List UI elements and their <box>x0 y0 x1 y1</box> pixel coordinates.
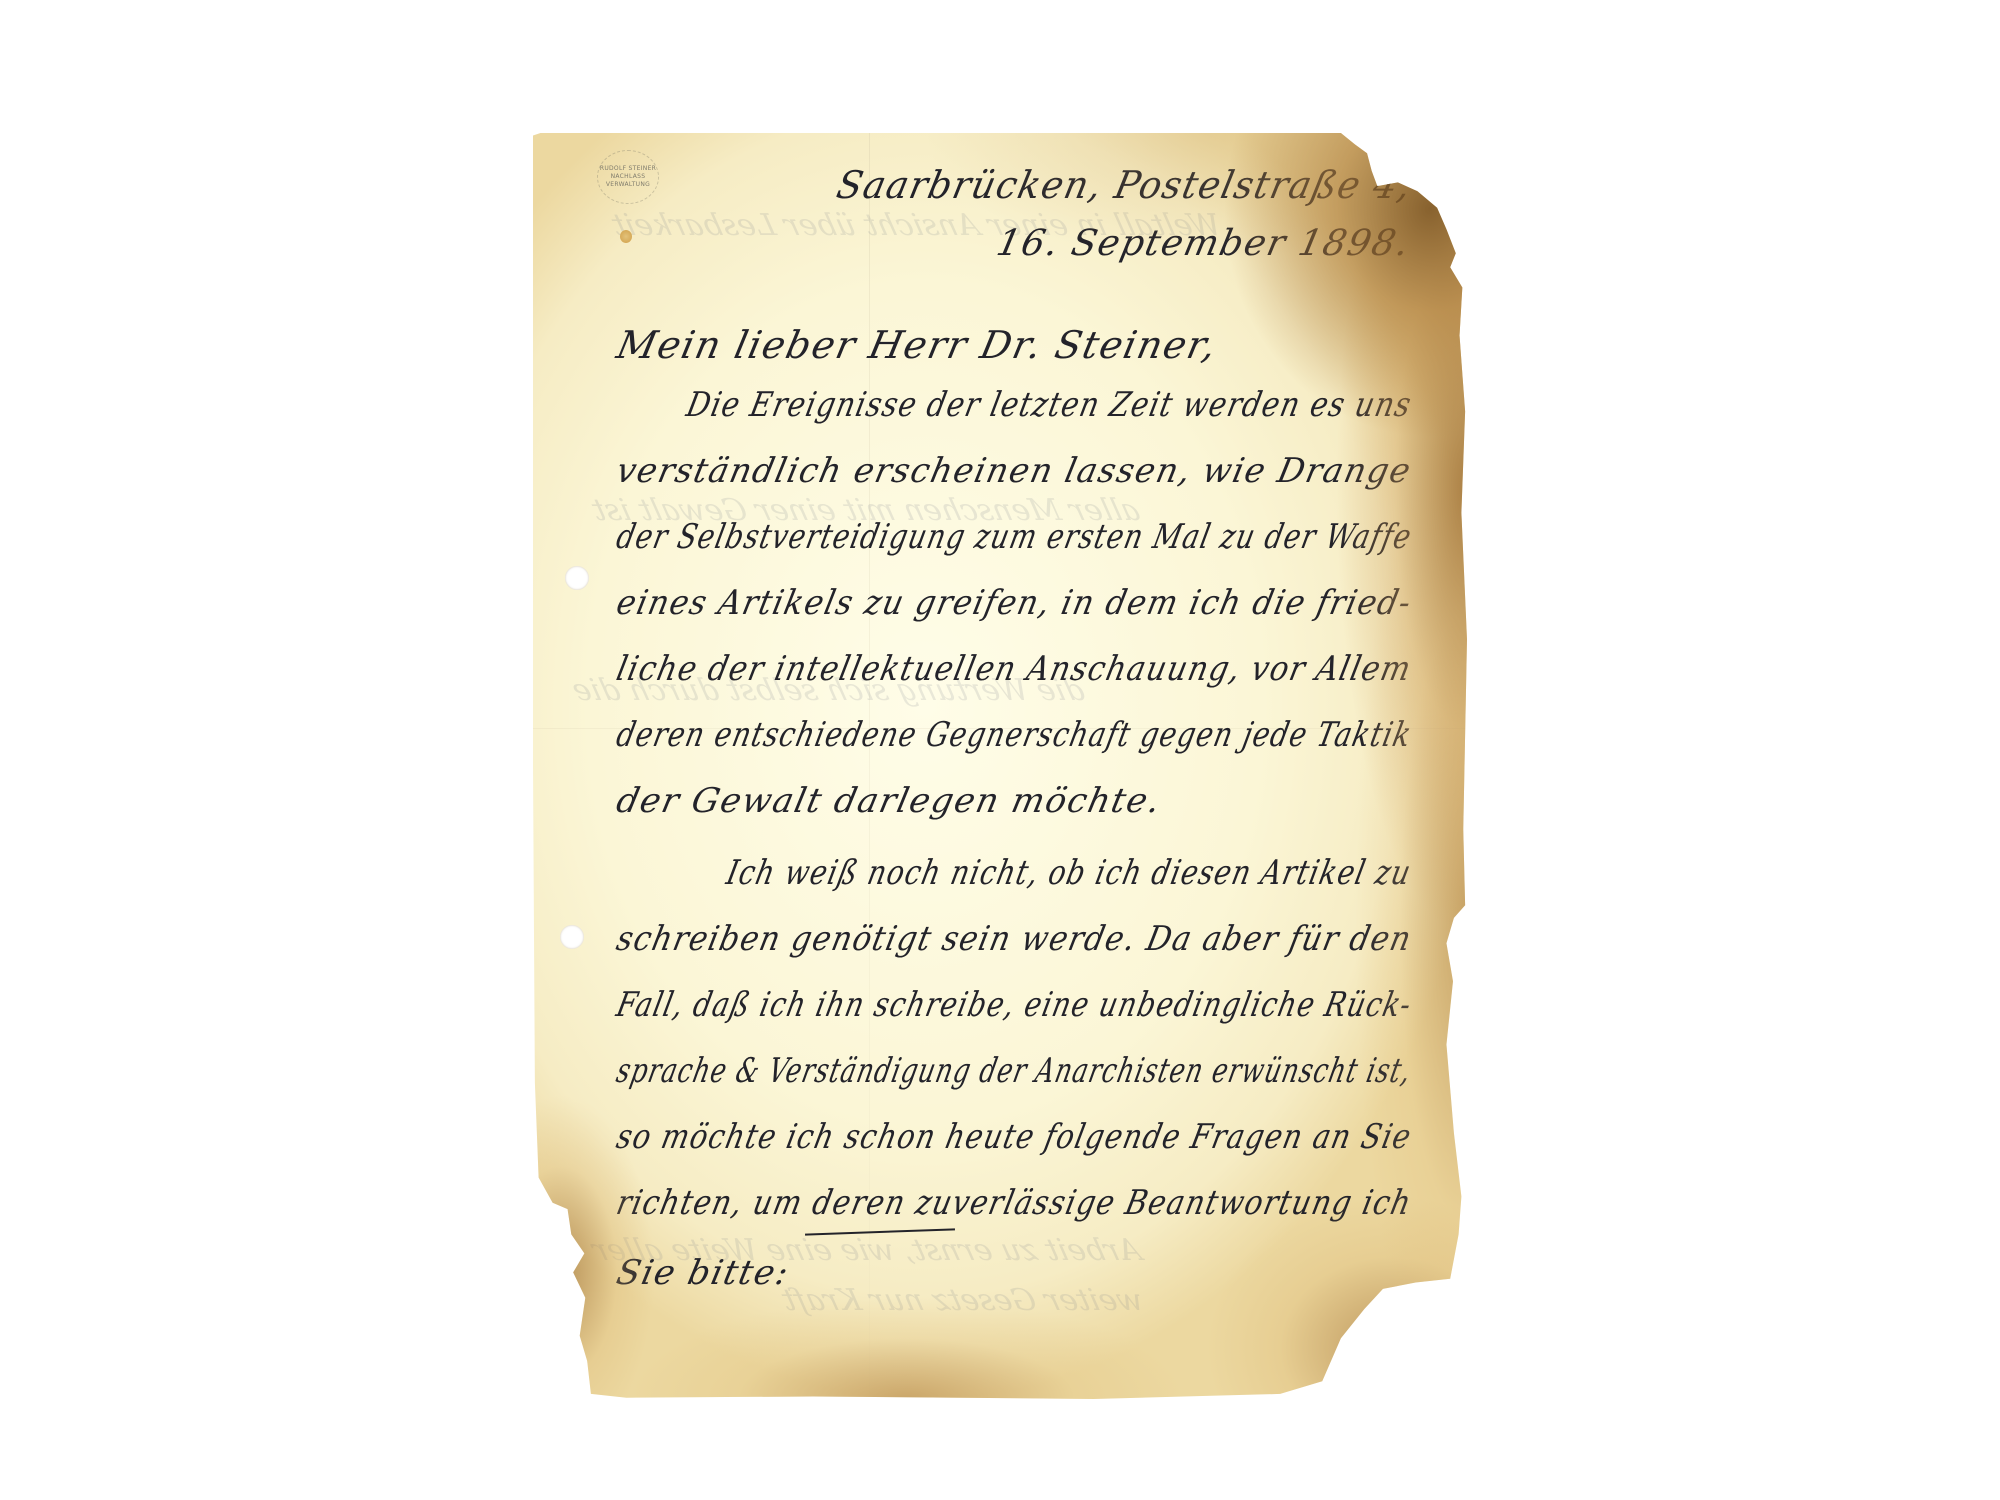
body-line: so möchte ich schon heute folgende Frage… <box>613 1117 1415 1157</box>
body-line: der Gewalt darlegen möchte. <box>613 781 1165 821</box>
body-line: sprache & Verständigung der Anarchisten … <box>613 1051 1415 1091</box>
body-line: eines Artikels zu greifen, in dem ich di… <box>613 583 1416 623</box>
stain-spot <box>620 230 632 243</box>
letter-date: 16. September 1898. <box>993 223 1414 264</box>
body-line: Fall, daß ich ihn schreibe, eine unbedin… <box>613 985 1416 1025</box>
stamp-line: VERWALTUNG <box>598 181 658 189</box>
bleed-through-text: weiter Gesetz nur Kraft <box>779 1283 1147 1318</box>
body-line: schreiben genötigt sein werde. Da aber f… <box>613 919 1416 959</box>
letter-place: Saarbrücken, Postelstraße 4, <box>833 163 1416 207</box>
punch-hole <box>565 566 589 590</box>
punch-hole <box>560 925 584 949</box>
body-line: Ich weiß noch nicht, ob ich diesen Artik… <box>723 853 1415 893</box>
body-line: der Selbstverteidigung zum ersten Mal zu… <box>613 517 1416 557</box>
salutation: Mein lieber Herr Dr. Steiner, <box>613 323 1221 367</box>
body-line: liche der intellektuellen Anschauung, vo… <box>613 649 1415 689</box>
letter-page: Weltall in einer Ansicht über Lesbarkeit… <box>533 133 1467 1399</box>
body-line: verständlich erscheinen lassen, wie Dran… <box>613 451 1415 491</box>
archive-stamp: RUDOLF STEINER NACHLASS VERWALTUNG <box>597 150 659 204</box>
body-line: Sie bitte: <box>613 1253 793 1293</box>
stamp-line: NACHLASS <box>598 173 658 181</box>
body-line: Die Ereignisse der letzten Zeit werden e… <box>683 385 1415 425</box>
body-line: deren entschiedene Gegnerschaft gegen je… <box>613 715 1416 755</box>
stamp-line: RUDOLF STEINER <box>598 165 658 173</box>
body-line-with-underline: richten, um deren zuverlässige Beantwort… <box>613 1183 1415 1223</box>
